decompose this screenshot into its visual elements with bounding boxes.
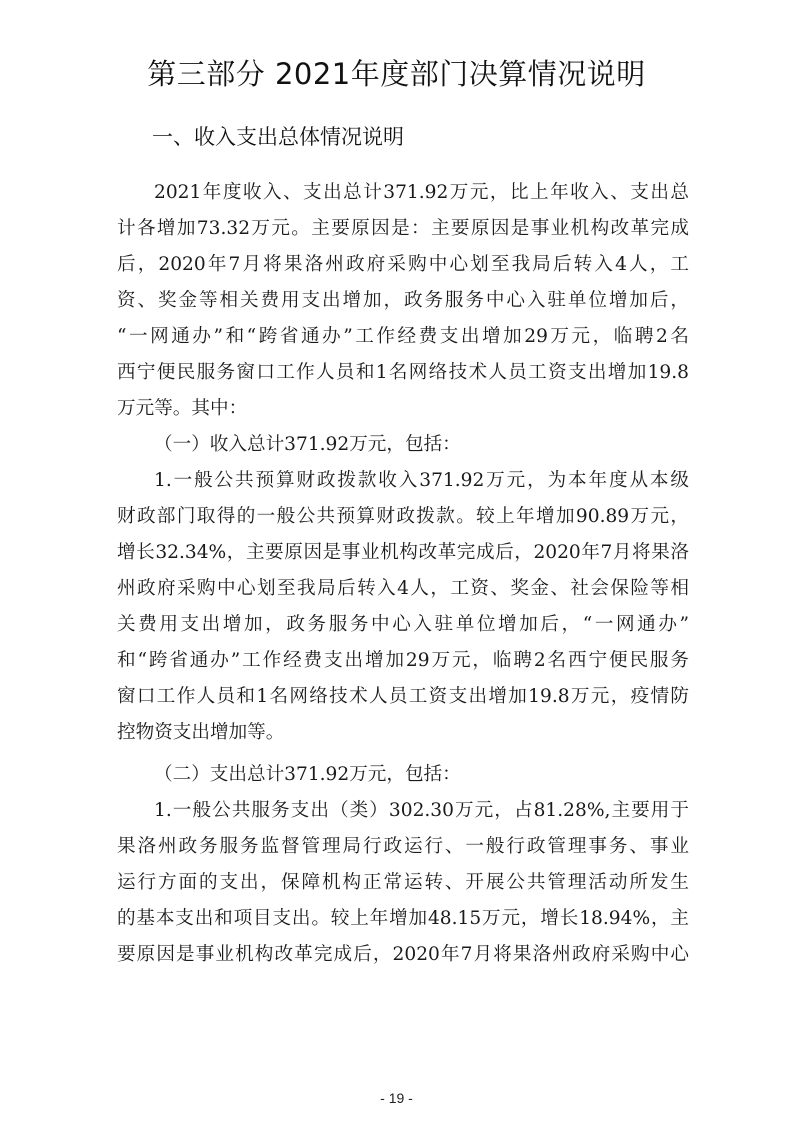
text-line: 的基本支出和项目支出。较上年增加48.15万元，增长18.94%，主 — [117, 906, 689, 932]
text-line: 增长32.34%，主要原因是事业机构改革完成后，2020年7月将果洛 — [117, 540, 689, 566]
text-line: 2021年度收入、支出总计371.92万元，比上年收入、支出总 — [154, 180, 689, 206]
page-title: 第三部分 2021年度部门决算情况说明 — [0, 54, 793, 94]
text-line: 州政府采购中心划至我局后转入4人，工资、奖金、社会保险等相 — [117, 576, 689, 602]
text-line: “一网通办”和“跨省通办”工作经费支出增加29万元，临聘2名 — [117, 324, 689, 350]
text-line: 运行方面的支出，保障机构正常运转、开展公共管理活动所发生 — [117, 870, 689, 896]
page-number: - 19 - — [0, 1089, 793, 1107]
text-line: 资、奖金等相关费用支出增加，政务服务中心入驻单位增加后， — [117, 288, 689, 314]
text-line: 关费用支出增加，政务服务中心入驻单位增加后，“一网通办” — [117, 612, 689, 638]
text-line: 财政部门取得的一般公共预算财政拨款。较上年增加90.89万元， — [117, 504, 689, 530]
text-line: 和“跨省通办”工作经费支出增加29万元，临聘2名西宁便民服务 — [117, 648, 689, 674]
text-line: 万元等。其中： — [117, 396, 247, 422]
text-line: 窗口工作人员和1名网络技术人员工资支出增加19.8万元，疫情防 — [117, 684, 689, 710]
text-line: 后，2020年7月将果洛州政府采购中心划至我局后转入4人，工 — [117, 252, 689, 278]
expense-heading: （二）支出总计371.92万元，包括： — [154, 762, 461, 788]
text-line: 计各增加73.32万元。主要原因是：主要原因是事业机构改革完成 — [117, 216, 689, 242]
text-line: 要原因是事业机构改革完成后，2020年7月将果洛州政府采购中心 — [117, 942, 689, 968]
text-line: 1.一般公共预算财政拨款收入371.92万元，为本年度从本级 — [154, 468, 689, 494]
income-heading: （一）收入总计371.92万元，包括： — [154, 432, 461, 458]
document-page: 第三部分 2021年度部门决算情况说明 一、收入支出总体情况说明 2021年度收… — [0, 0, 793, 1122]
section-heading: 一、收入支出总体情况说明 — [152, 122, 404, 152]
text-line: 西宁便民服务窗口工作人员和1名网络技术人员工资支出增加19.8 — [117, 360, 689, 386]
text-line: 控物资支出增加等。 — [117, 720, 284, 746]
text-line: 1.一般公共服务支出（类）302.30万元，占81.28%,主要用于 — [154, 798, 689, 824]
text-line: 果洛州政务服务监督管理局行政运行、一般行政管理事务、事业 — [117, 834, 689, 860]
